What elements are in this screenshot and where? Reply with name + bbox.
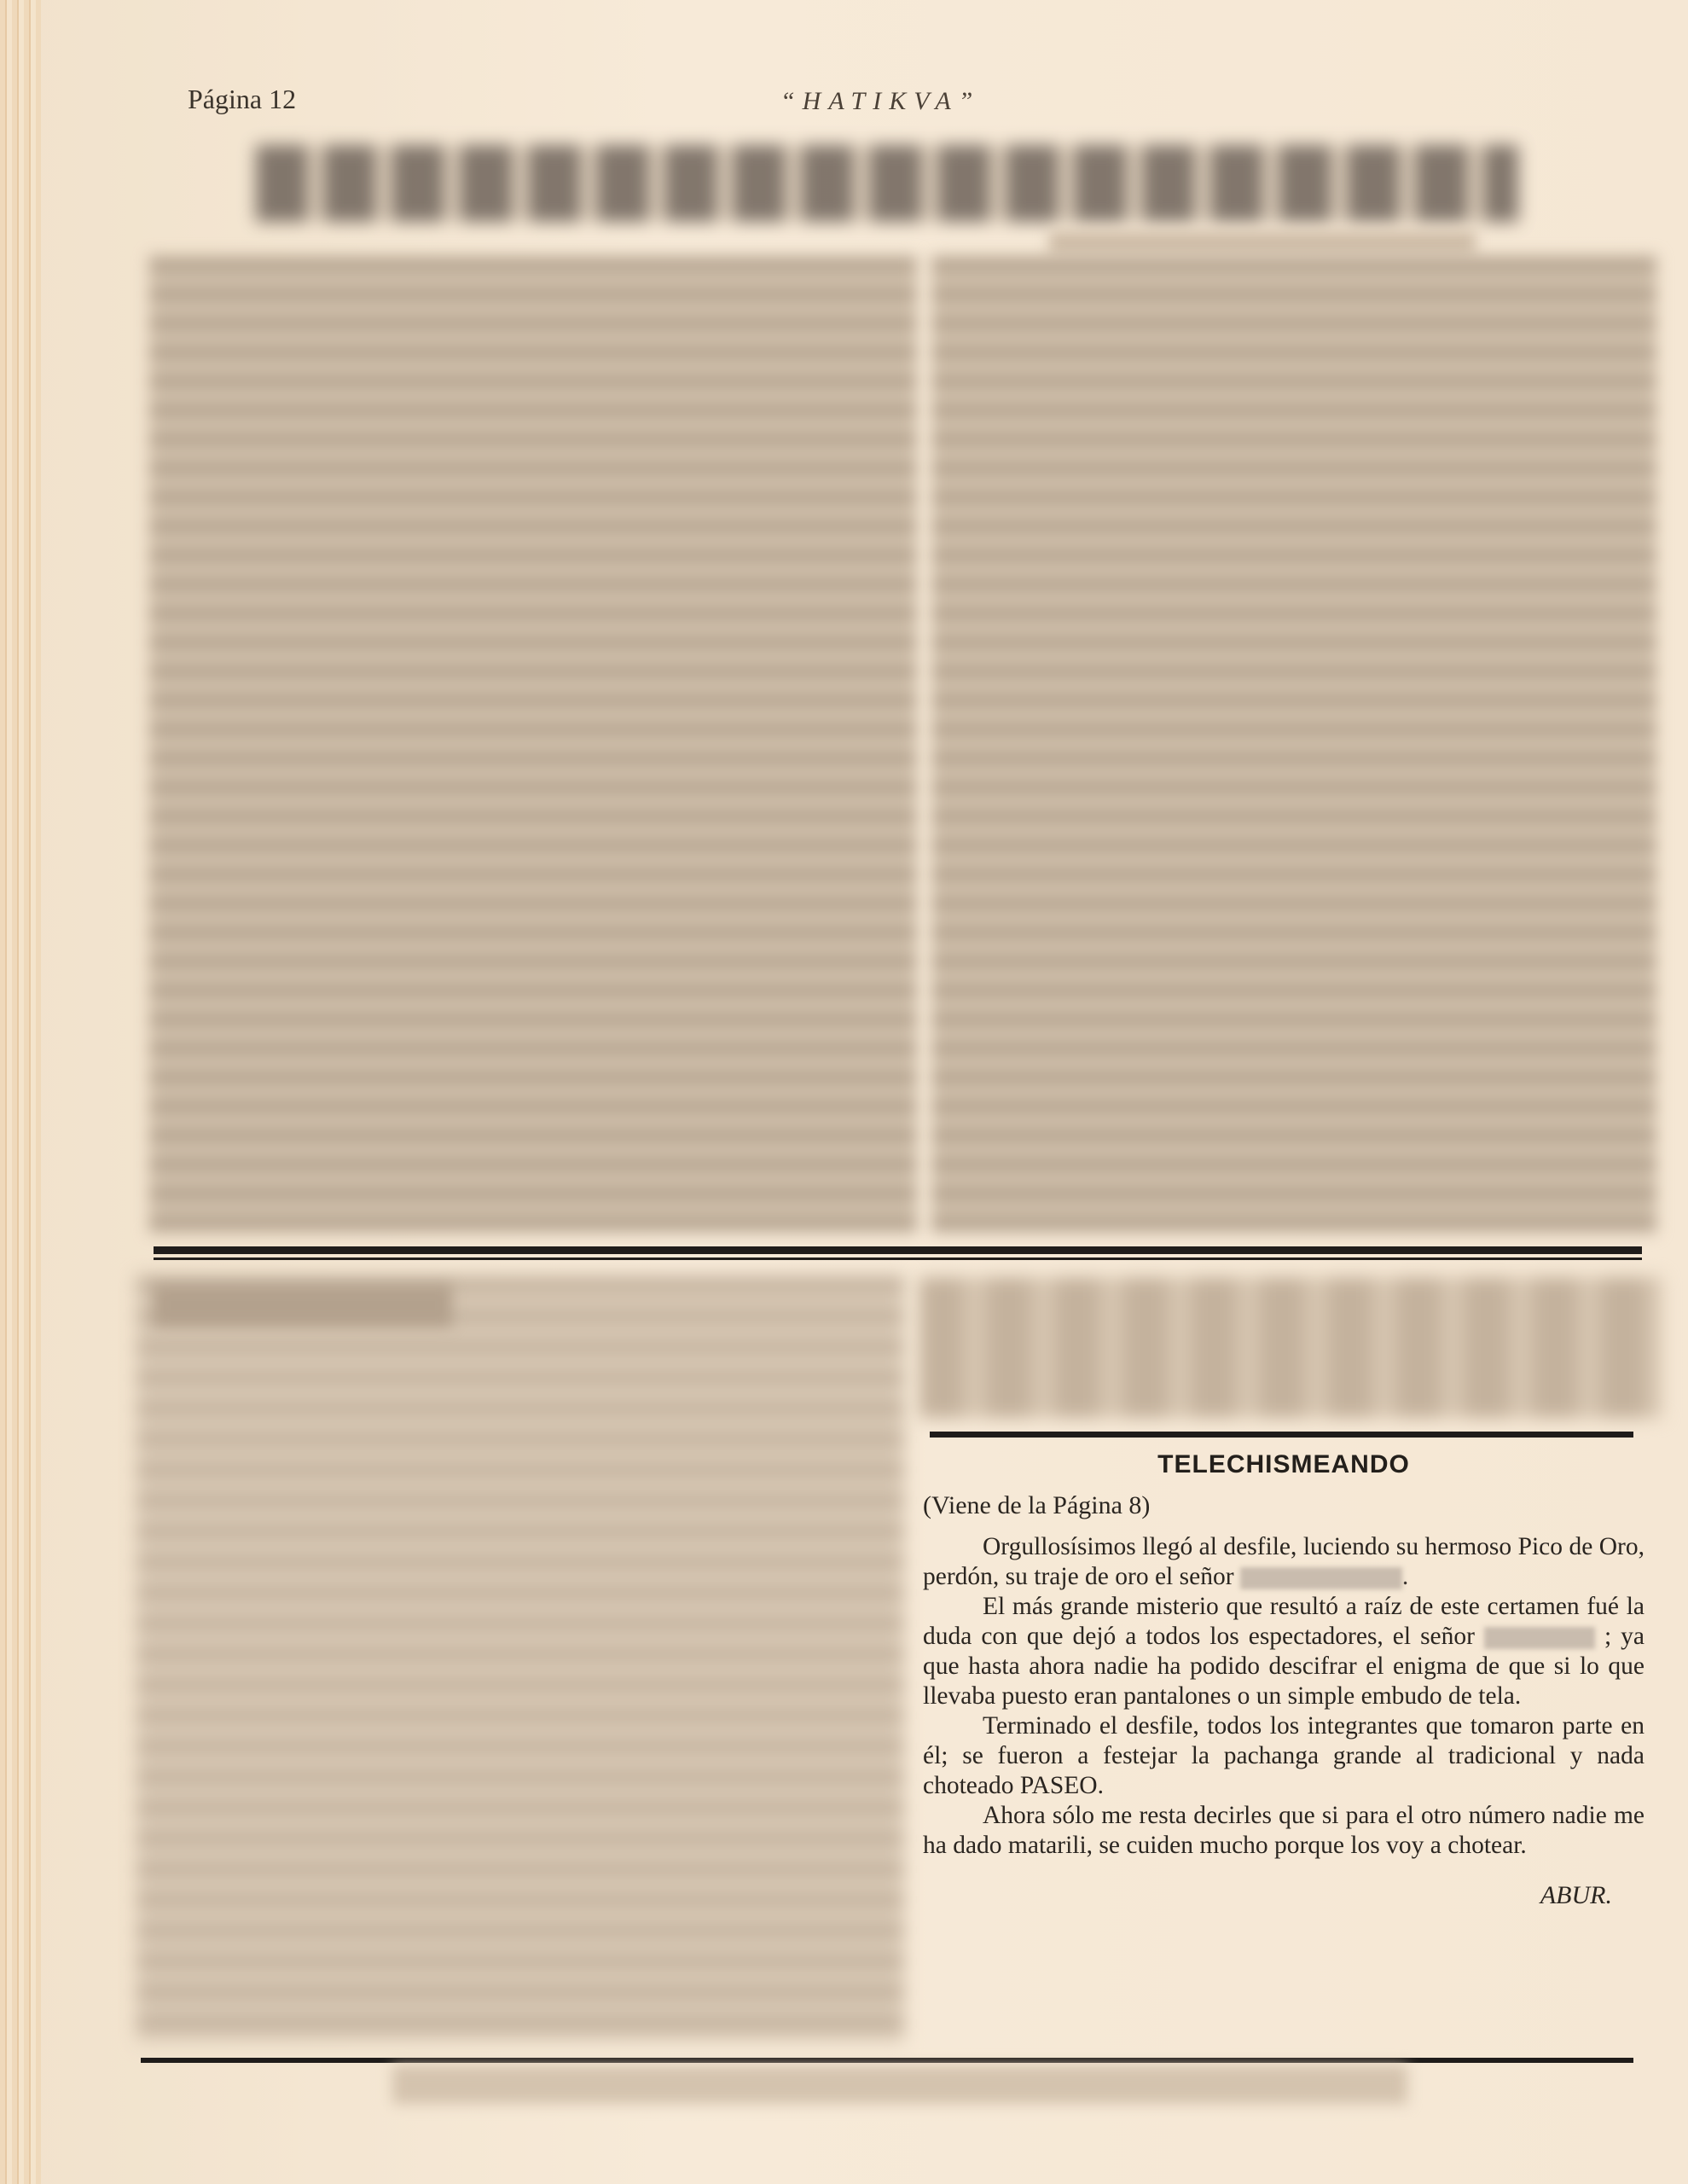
continued-from-note: (Viene de la Página 8): [923, 1491, 1644, 1520]
telechismeando-article: TELECHISMEANDO (Viene de la Página 8) Or…: [923, 1450, 1644, 1910]
article-paragraph: Orgullosísimos llegó al desfile, luciend…: [923, 1532, 1644, 1592]
redacted-headline: [256, 145, 1518, 222]
redacted-name: [1240, 1567, 1402, 1589]
section-top-rule: [930, 1432, 1633, 1438]
redacted-bottom-right-box: [919, 1277, 1662, 1418]
redacted-bottom-left-article: [136, 1275, 904, 2043]
bottom-rule: [141, 2058, 1633, 2063]
article-paragraph: Ahora sólo me resta decirles que si para…: [923, 1801, 1644, 1861]
redacted-name: [1484, 1627, 1595, 1649]
redacted-column-right: [931, 256, 1656, 1233]
redacted-bottom-left-heading: [154, 1284, 452, 1327]
newspaper-page: Página 12 “HATIKVA” TELECHISMEANDO (Vien…: [0, 0, 1688, 2184]
article-signature: ABUR.: [923, 1881, 1644, 1910]
divider-rule-thin: [154, 1258, 1642, 1260]
page-edge-stack: [0, 0, 41, 2184]
article-paragraph: Terminado el desfile, todos los integran…: [923, 1711, 1644, 1801]
page-number: Página 12: [188, 84, 296, 115]
redacted-subheadline: [1049, 230, 1476, 256]
article-title: TELECHISMEANDO: [923, 1450, 1644, 1479]
article-paragraph: El más grande misterio que resultó a raí…: [923, 1592, 1644, 1711]
divider-rule-thick: [154, 1246, 1642, 1254]
publication-title: “HATIKVA”: [780, 87, 980, 116]
redacted-footer-strip: [392, 2065, 1407, 2104]
redacted-column-left: [149, 256, 917, 1233]
